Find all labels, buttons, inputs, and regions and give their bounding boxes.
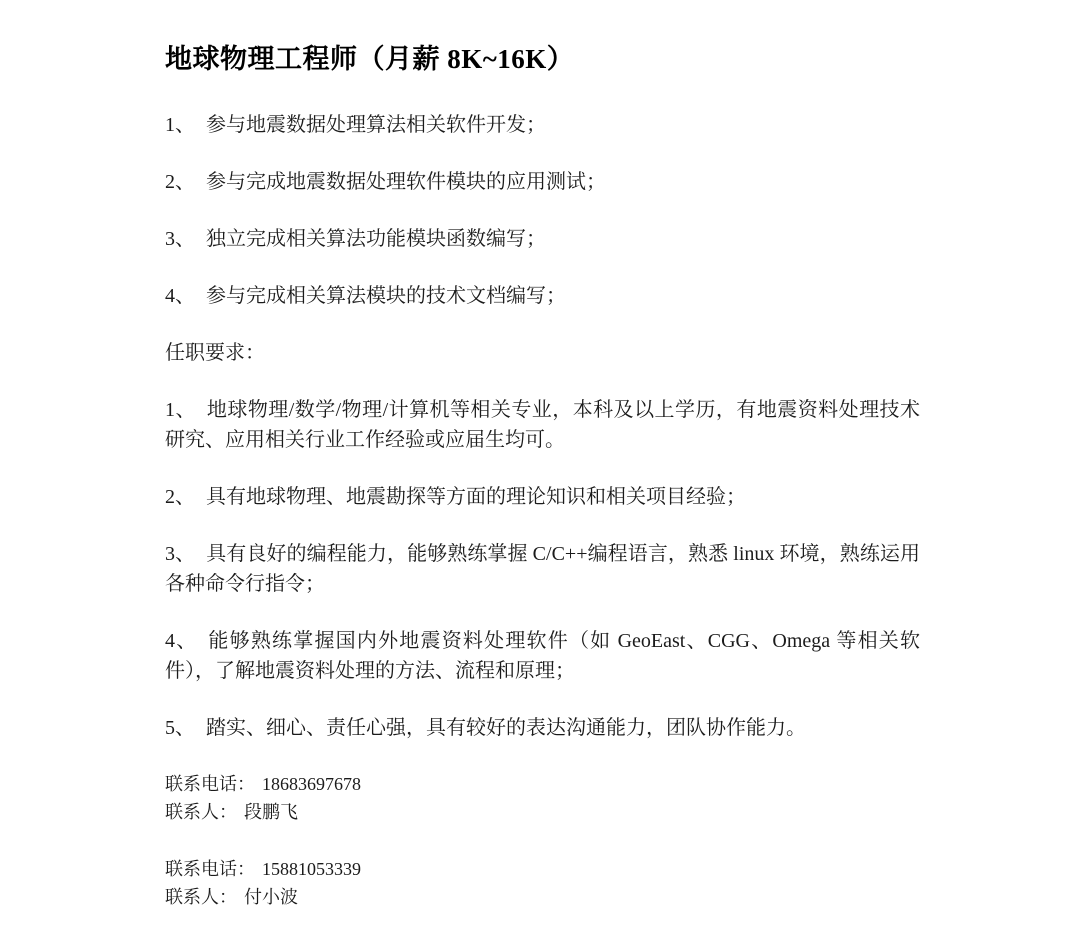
duty-number: 3、 [165,228,195,250]
phone-label: 联系电话： [165,859,255,879]
requirement-number: 4、 [165,630,197,652]
requirement-text: 具有地球物理、地震勘探等方面的理论知识和相关项目经验； [206,486,746,508]
person-name: 付小波 [244,887,298,907]
contact-person-line: 联系人：段鹏飞 [165,798,920,826]
duty-text: 参与地震数据处理算法相关软件开发； [206,114,546,136]
duty-text: 独立完成相关算法功能模块函数编写； [206,228,546,250]
requirement-number: 2、 [165,486,195,508]
contact-phone-line: 联系电话：15881053339 [165,855,920,883]
duty-number: 4、 [165,285,195,307]
requirement-item: 2、具有地球物理、地震勘探等方面的理论知识和相关项目经验； [165,482,920,512]
phone-number: 15881053339 [262,859,361,879]
contact-block: 联系电话：15881053339 联系人：付小波 [165,855,920,911]
requirement-text: 能够熟练掌握国内外地震资料处理软件（如 GeoEast、CGG、Omega 等相… [165,630,920,682]
requirement-number: 5、 [165,717,195,739]
requirement-item: 4、能够熟练掌握国内外地震资料处理软件（如 GeoEast、CGG、Omega … [165,626,920,686]
duty-item: 2、参与完成地震数据处理软件模块的应用测试； [165,167,920,197]
duty-item: 4、参与完成相关算法模块的技术文档编写； [165,281,920,311]
contact-person-line: 联系人：付小波 [165,883,920,911]
phone-number: 18683697678 [262,774,361,794]
person-name: 段鹏飞 [244,802,298,822]
document-page: 地球物理工程师（月薪 8K~16K） 1、参与地震数据处理算法相关软件开发； 2… [0,0,1080,945]
contact-phone-line: 联系电话：18683697678 [165,770,920,798]
requirement-number: 3、 [165,543,195,565]
person-label: 联系人： [165,802,237,822]
requirement-item: 3、具有良好的编程能力，能够熟练掌握 C/C++编程语言，熟悉 linux 环境… [165,539,920,599]
duty-number: 1、 [165,114,195,136]
job-title: 地球物理工程师（月薪 8K~16K） [165,42,920,76]
requirements-heading: 任职要求： [165,338,920,368]
contact-block: 联系电话：18683697678 联系人：段鹏飞 [165,770,920,826]
duty-item: 1、参与地震数据处理算法相关软件开发； [165,110,920,140]
duty-number: 2、 [165,171,195,193]
duty-text: 参与完成地震数据处理软件模块的应用测试； [206,171,606,193]
duty-item: 3、独立完成相关算法功能模块函数编写； [165,224,920,254]
person-label: 联系人： [165,887,237,907]
requirement-text: 踏实、细心、责任心强，具有较好的表达沟通能力，团队协作能力。 [206,717,806,739]
requirement-item: 5、踏实、细心、责任心强，具有较好的表达沟通能力，团队协作能力。 [165,713,920,743]
requirement-number: 1、 [165,399,196,421]
requirement-item: 1、地球物理/数学/物理/计算机等相关专业，本科及以上学历，有地震资料处理技术研… [165,395,920,455]
requirement-text: 地球物理/数学/物理/计算机等相关专业，本科及以上学历，有地震资料处理技术研究、… [165,399,920,451]
requirement-text: 具有良好的编程能力，能够熟练掌握 C/C++编程语言，熟悉 linux 环境，熟… [165,543,920,595]
duty-text: 参与完成相关算法模块的技术文档编写； [206,285,566,307]
phone-label: 联系电话： [165,774,255,794]
